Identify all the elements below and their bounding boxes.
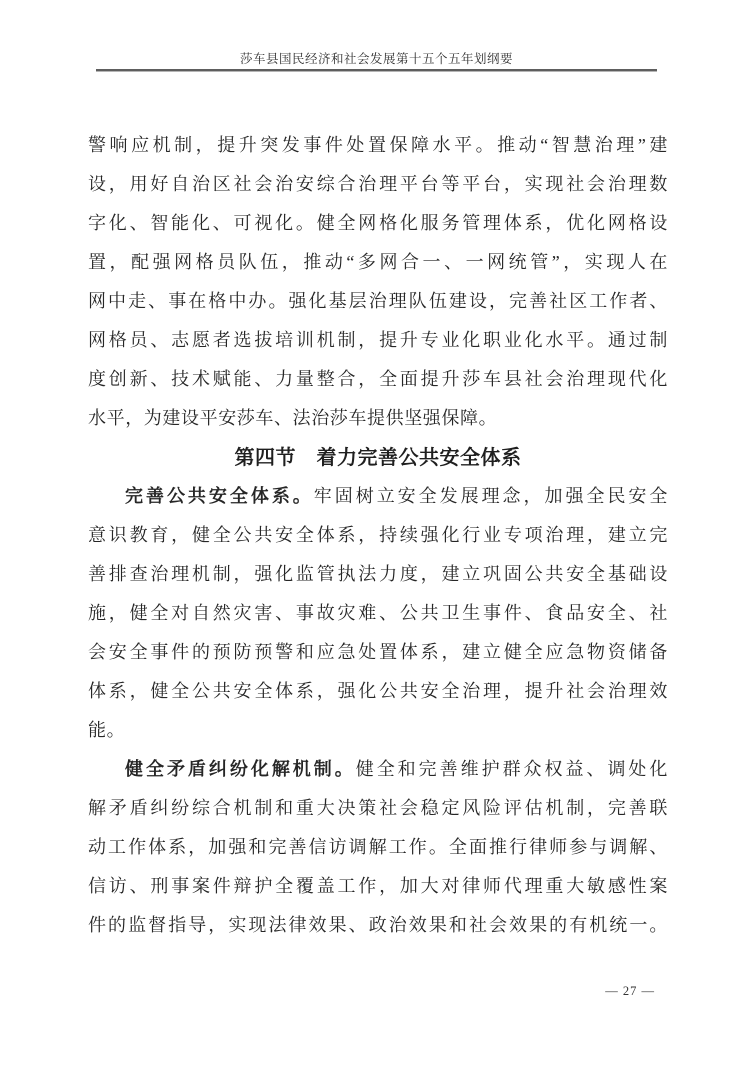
text-line: 件的监督指导，实现法律效果、政治效果和社会效果的有机统一。 <box>88 906 668 945</box>
paragraph-1: 警响应机制，提升突发事件处置保障水平。推动“智慧治理”建 设，用好自治区社会治安… <box>88 126 668 438</box>
text-line: 动工作体系，加强和完善信访调解工作。全面推行律师参与调解、 <box>88 828 668 867</box>
text-line: 置，配强网格员队伍，推动“多网合一、一网统管”，实现人在 <box>88 243 668 282</box>
text-line: 信访、刑事案件辩护全覆盖工作，加大对律师代理重大敏感性案 <box>88 867 668 906</box>
paragraph-lead-bold: 完善公共安全体系。 <box>125 486 314 506</box>
text-line: 解矛盾纠纷综合机制和重大决策社会稳定风险评估机制，完善联 <box>88 789 668 828</box>
text-line: 体系，健全公共安全体系，强化公共安全治理，提升社会治理效 <box>88 672 668 711</box>
paragraph-first-line-text: 牢固树立安全发展理念，加强全民安全 <box>314 486 668 506</box>
section-heading: 第四节 着力完善公共安全体系 <box>88 438 668 477</box>
paragraph-3: 健全矛盾纠纷化解机制。健全和完善维护群众权益、调处化 解矛盾纠纷综合机制和重大决… <box>88 750 668 945</box>
text-line: 善排查治理机制，强化监管执法力度，建立巩固公共安全基础设 <box>88 555 668 594</box>
header-rule <box>96 69 657 72</box>
text-line: 施，健全对自然灾害、事故灾难、公共卫生事件、食品安全、社 <box>88 594 668 633</box>
text-line: 健全矛盾纠纷化解机制。健全和完善维护群众权益、调处化 <box>88 750 668 789</box>
page-number: — 27 — <box>605 984 655 999</box>
document-page: 莎车县国民经济和社会发展第十五个五年划纲要 警响应机制，提升突发事件处置保障水平… <box>0 0 753 1066</box>
text-line: 意识教育，健全公共安全体系，持续强化行业专项治理，建立完 <box>88 516 668 555</box>
running-header-title: 莎车县国民经济和社会发展第十五个五年划纲要 <box>0 49 753 67</box>
text-line: 字化、智能化、可视化。健全网格化服务管理体系，优化网格设 <box>88 204 668 243</box>
text-line: 设，用好自治区社会治安综合治理平台等平台，实现社会治理数 <box>88 165 668 204</box>
text-line: 水平，为建设平安莎车、法治莎车提供坚强保障。 <box>88 399 668 438</box>
text-line: 网格员、志愿者选拔培训机制，提升专业化职业化水平。通过制 <box>88 321 668 360</box>
text-line: 完善公共安全体系。牢固树立安全发展理念，加强全民安全 <box>88 477 668 516</box>
paragraph-2: 完善公共安全体系。牢固树立安全发展理念，加强全民安全 意识教育，健全公共安全体系… <box>88 477 668 750</box>
text-line: 能。 <box>88 711 668 750</box>
text-line: 网中走、事在格中办。强化基层治理队伍建设，完善社区工作者、 <box>88 282 668 321</box>
paragraph-lead-bold: 健全矛盾纠纷化解机制。 <box>125 759 356 779</box>
paragraph-first-line-text: 健全和完善维护群众权益、调处化 <box>356 759 668 779</box>
text-line: 警响应机制，提升突发事件处置保障水平。推动“智慧治理”建 <box>88 126 668 165</box>
document-body: 警响应机制，提升突发事件处置保障水平。推动“智慧治理”建 设，用好自治区社会治安… <box>88 126 668 945</box>
text-line: 度创新、技术赋能、力量整合，全面提升莎车县社会治理现代化 <box>88 360 668 399</box>
text-line: 会安全事件的预防预警和应急处置体系，建立健全应急物资储备 <box>88 633 668 672</box>
